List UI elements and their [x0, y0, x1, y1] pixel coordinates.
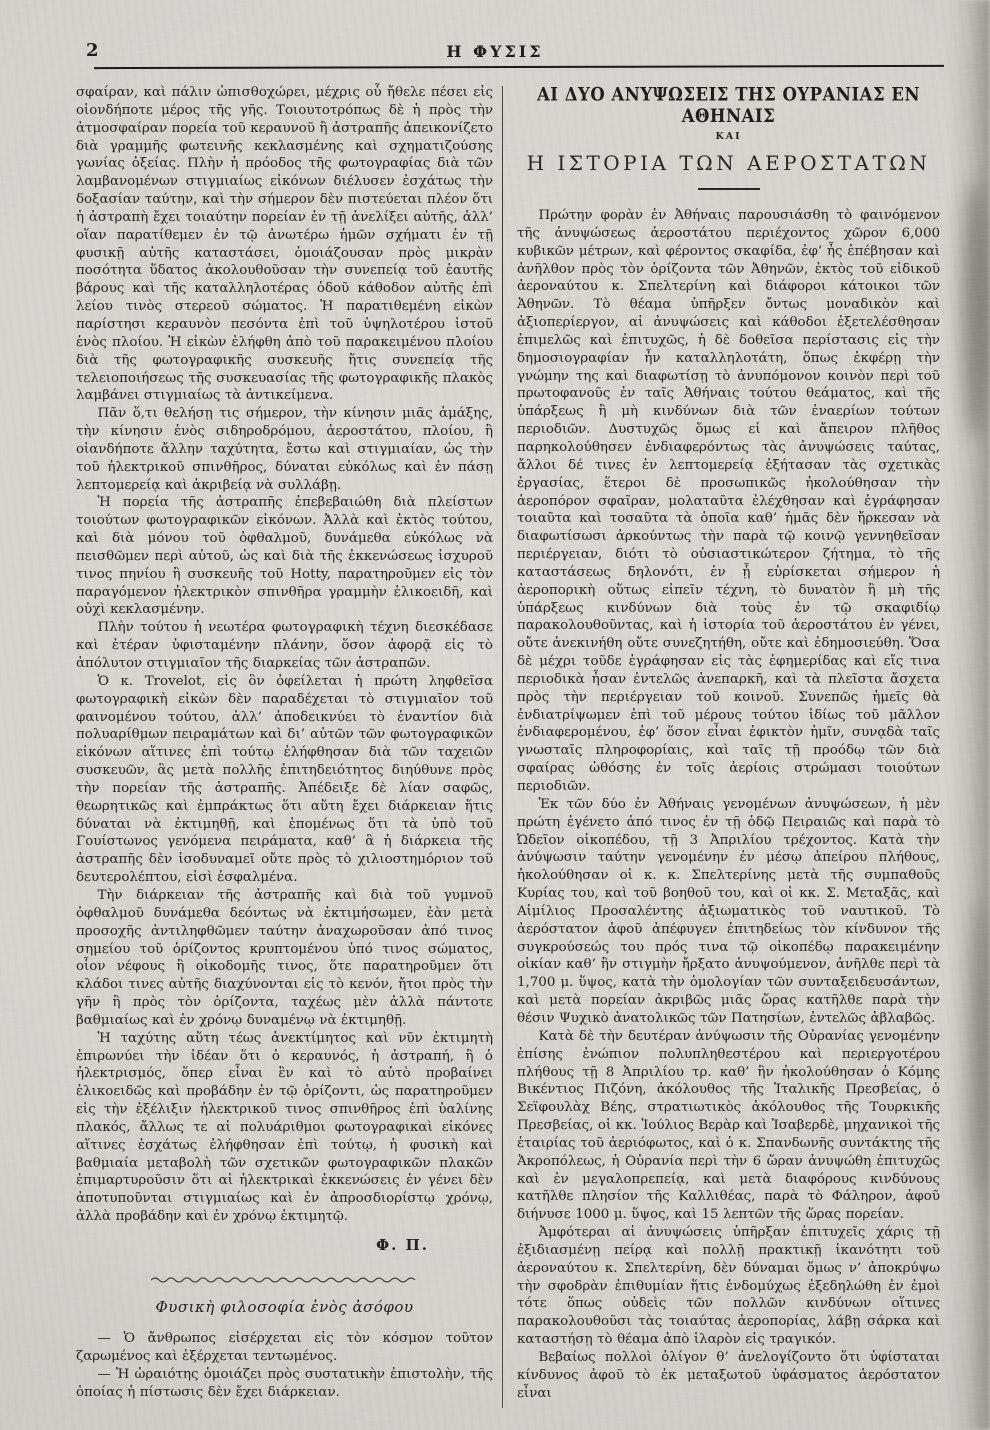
- article-paragraph: Ἡ ταχύτης αὕτη τέως ἀνεκτίμητος καὶ νῦν …: [76, 1030, 493, 1226]
- article-paragraph: Ὁ κ. Trovelot, εἰς ὃν ὀφείλεται ἡ πρώτη …: [76, 673, 493, 887]
- aphorism-item: — Ἡ ὡραιότης ὁμοιάζει πρὸς συστατικὴν ἐπ…: [76, 1366, 493, 1402]
- author-initials: Φ. Π.: [76, 1236, 429, 1254]
- article-paragraph: Βεβαίως πολλοὶ ὀλίγον θ’ ἀνελογίζοντο ὅτ…: [517, 1349, 940, 1403]
- journal-page: 2 Η ΦΥΣΙΣ σφαίραν, καὶ πάλιν ὠπισθοχώρει…: [0, 0, 990, 1430]
- article-body: Πρώτην φορὰν ἐν Ἀθήναις παρουσιάσθη τὸ φ…: [517, 207, 940, 1403]
- article-paragraph: Ἐκ τῶν δύο ἐν Ἀθήναις γενομένων ἀνυψώσεω…: [517, 796, 940, 1028]
- article-headline-line1: ΑΙ ΔΥΟ ΑΝΥΨΩΣΕΙΣ ΤΗΣ ΟΥΡΑΝΙΑΣ ΕΝ ΑΘΗΝΑΙΣ: [517, 84, 940, 127]
- article-paragraph: Τὴν διάρκειαν τῆς ἀστραπῆς καὶ διὰ τοῦ γ…: [76, 887, 493, 1030]
- article-headline-connector: ΚΑΙ: [517, 131, 940, 142]
- article-headline-line2: Η ΙΣΤΟΡΙΑ ΤΩΝ ΑΕΡΟΣΤΑΤΩΝ: [517, 151, 940, 175]
- article-headline-block: ΑΙ ΔΥΟ ΑΝΥΨΩΣΕΙΣ ΤΗΣ ΟΥΡΑΝΙΑΣ ΕΝ ΑΘΗΝΑΙΣ…: [517, 86, 940, 190]
- aphorisms-section-title: Φυσικὴ φιλοσοφία ἑνὸς ἀσόφου: [76, 1298, 493, 1316]
- scan-smudge-blob: [970, 900, 990, 1200]
- article-paragraph: Πλὴν τούτου ἡ νεωτέρα φωτογραφικὴ τέχνη …: [76, 619, 493, 673]
- masthead-title: Η ΦΥΣΙΣ: [0, 42, 990, 61]
- article-paragraph: Ἡ πορεία τῆς ἀστραπῆς ἐπεβεβαιώθη διὰ πλ…: [76, 494, 493, 619]
- wavy-section-separator: [151, 1276, 419, 1284]
- article-paragraph: Πρώτην φορὰν ἐν Ἀθήναις παρουσιάσθη τὸ φ…: [517, 207, 940, 796]
- article-paragraph: σφαίραν, καὶ πάλιν ὠπισθοχώρει, μέχρις ο…: [76, 84, 493, 405]
- header-rule: [94, 65, 944, 69]
- aphorism-item: — Ὁ ἄνθρωπος εἰσέρχεται εἰς τὸν κόσμον τ…: [76, 1330, 493, 1366]
- article-paragraph: Ἀμφότεραι αἱ ἀνυψώσεις ὑπῆρξαν ἐπιτυχεῖς…: [517, 1224, 940, 1349]
- article-paragraph: Πᾶν ὅ,τι θελήσῃ τις σήμερον, τὴν κίνησιν…: [76, 405, 493, 494]
- article-paragraph: Κατὰ δὲ τὴν δευτέραν ἀνύψωσιν τῆς Οὐρανί…: [517, 1028, 940, 1224]
- right-column: ΑΙ ΔΥΟ ΑΝΥΨΩΣΕΙΣ ΤΗΣ ΟΥΡΑΝΙΑΣ ΕΝ ΑΘΗΝΑΙΣ…: [517, 84, 940, 1403]
- scan-smudge-blob: [962, 180, 988, 440]
- column-divider-rule: [502, 86, 503, 1408]
- left-column: σφαίραν, καὶ πάλιν ὠπισθοχώρει, μέχρις ο…: [76, 84, 493, 1401]
- headline-rule: [698, 188, 760, 190]
